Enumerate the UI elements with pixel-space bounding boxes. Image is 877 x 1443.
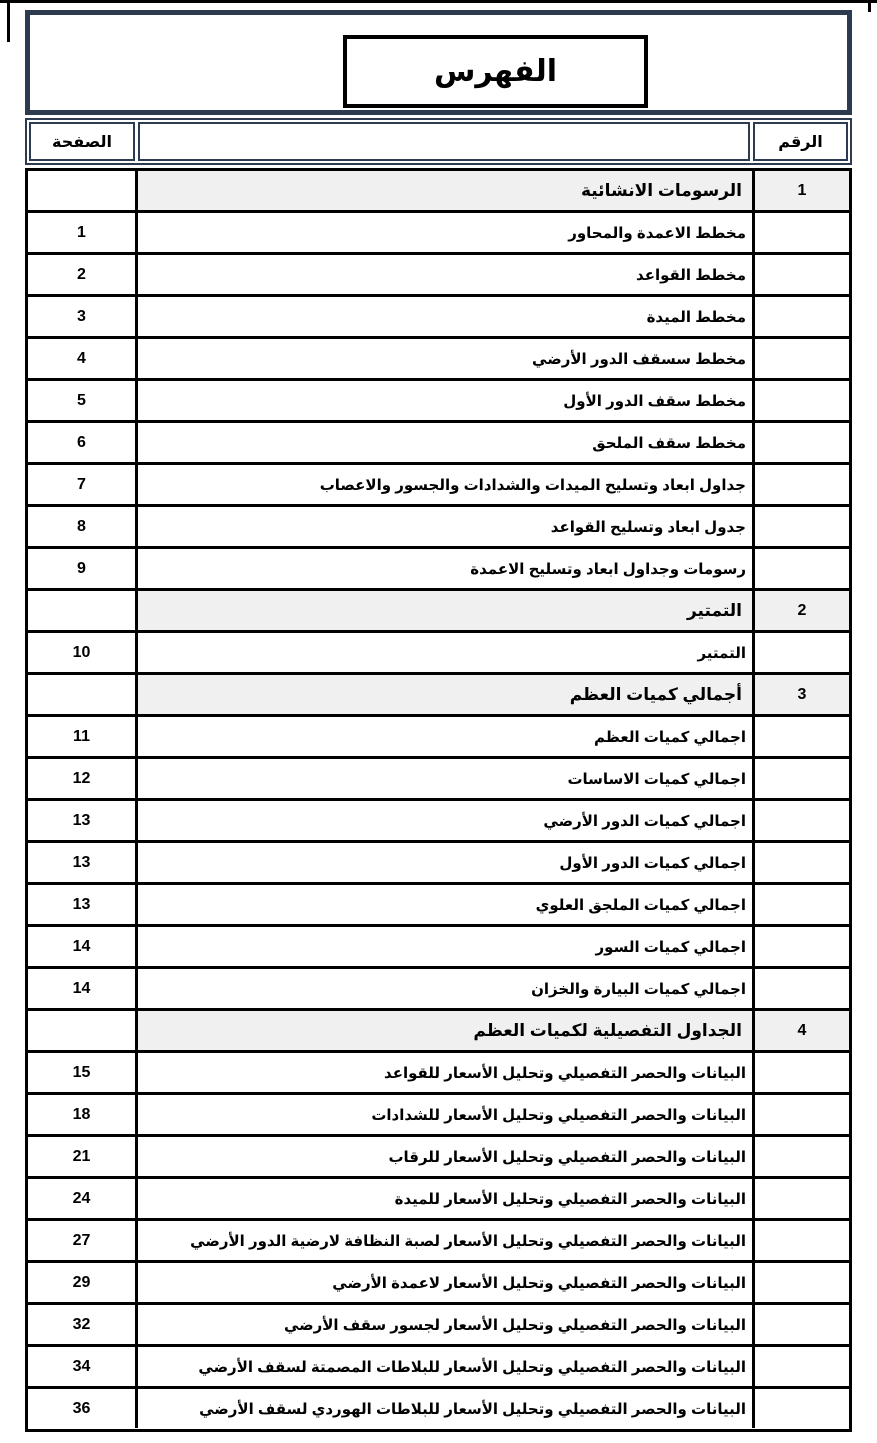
row-number-cell [752,1137,849,1176]
row-title-cell: التمتير [138,633,752,672]
row-number-cell [752,339,849,378]
header-title-column [138,122,750,161]
page-border-right-stub [868,0,871,12]
toc-item-row: مخطط سقف الدور الأول5 [28,381,849,423]
toc-item-row: البيانات والحصر التفصيلي وتحليل الأسعار … [28,1095,849,1137]
row-title-cell: مخطط الميدة [138,297,752,336]
document-page: الفهرس الرقم الصفحة 1الرسومات الانشائيةم… [0,0,877,1443]
toc-section-row: 4الجداول التفصيلية لكميات العظم [28,1011,849,1053]
row-number-cell [752,885,849,924]
toc-item-row: اجمالي كميات الدور الأول13 [28,843,849,885]
toc-item-row: مخطط الاعمدة والمحاور1 [28,213,849,255]
row-number-cell [752,843,849,882]
row-title-cell: اجمالي كميات العظم [138,717,752,756]
toc-item-row: اجمالي كميات السور14 [28,927,849,969]
toc-item-row: البيانات والحصر التفصيلي وتحليل الأسعار … [28,1305,849,1347]
row-page-cell: 2 [28,255,138,294]
row-number-cell [752,1305,849,1344]
row-title-cell: اجمالي كميات الملجق العلوي [138,885,752,924]
row-page-cell: 10 [28,633,138,672]
row-page-cell: 5 [28,381,138,420]
toc-item-row: اجمالي كميات البيارة والخزان14 [28,969,849,1011]
row-title-cell: مخطط سقف الملحق [138,423,752,462]
row-number-cell [752,297,849,336]
row-number-cell [752,717,849,756]
toc-item-row: البيانات والحصر التفصيلي وتحليل الأسعار … [28,1137,849,1179]
row-page-cell: 7 [28,465,138,504]
row-title-cell: البيانات والحصر التفصيلي وتحليل الأسعار … [138,1179,752,1218]
toc-item-row: مخطط سسقف الدور الأرضي4 [28,339,849,381]
row-title-cell: اجمالي كميات البيارة والخزان [138,969,752,1008]
toc-item-row: اجمالي كميات الاساسات12 [28,759,849,801]
header-number-column: الرقم [753,122,848,161]
row-page-cell: 36 [28,1389,138,1428]
row-title-cell: مخطط الاعمدة والمحاور [138,213,752,252]
toc-item-row: البيانات والحصر التفصيلي وتحليل الأسعار … [28,1389,849,1428]
row-number-cell [752,465,849,504]
row-number-cell: 1 [752,171,849,210]
toc-item-row: جداول ابعاد وتسليح الميدات والشدادات وال… [28,465,849,507]
row-page-cell [28,171,138,210]
row-page-cell: 18 [28,1095,138,1134]
row-page-cell: 27 [28,1221,138,1260]
row-page-cell: 14 [28,927,138,966]
toc-item-row: البيانات والحصر التفصيلي وتحليل الأسعار … [28,1347,849,1389]
row-number-cell [752,633,849,672]
row-number-cell [752,759,849,798]
row-title-cell: البيانات والحصر التفصيلي وتحليل الأسعار … [138,1137,752,1176]
header-page-column: الصفحة [29,122,135,161]
row-page-cell: 14 [28,969,138,1008]
row-title-cell: البيانات والحصر التفصيلي وتحليل الأسعار … [138,1221,752,1260]
title-band: الفهرس [25,10,852,115]
row-page-cell: 29 [28,1263,138,1302]
row-title-cell: البيانات والحصر التفصيلي وتحليل الأسعار … [138,1095,752,1134]
row-title-cell: التمتير [138,591,752,630]
row-number-cell [752,381,849,420]
toc-item-row: اجمالي كميات الدور الأرضي13 [28,801,849,843]
row-number-cell [752,213,849,252]
row-number-cell [752,507,849,546]
row-number-cell: 3 [752,675,849,714]
row-title-cell: الرسومات الانشائية [138,171,752,210]
row-title-cell: مخطط سقف الدور الأول [138,381,752,420]
row-title-cell: اجمالي كميات الاساسات [138,759,752,798]
toc-item-row: مخطط الميدة3 [28,297,849,339]
row-page-cell: 4 [28,339,138,378]
row-number-cell [752,1221,849,1260]
row-number-cell [752,255,849,294]
row-number-cell: 2 [752,591,849,630]
row-page-cell: 24 [28,1179,138,1218]
toc-item-row: اجمالي كميات الملجق العلوي13 [28,885,849,927]
row-page-cell: 3 [28,297,138,336]
row-page-cell: 1 [28,213,138,252]
row-page-cell: 34 [28,1347,138,1386]
row-page-cell [28,675,138,714]
row-number-cell [752,1389,849,1428]
toc-body: 1الرسومات الانشائيةمخطط الاعمدة والمحاور… [25,168,852,1432]
toc-item-row: مخطط القواعد2 [28,255,849,297]
row-number-cell: 4 [752,1011,849,1050]
page-border-top [0,0,877,3]
row-title-cell: مخطط سسقف الدور الأرضي [138,339,752,378]
row-number-cell [752,1263,849,1302]
row-title-cell: جداول ابعاد وتسليح الميدات والشدادات وال… [138,465,752,504]
row-page-cell: 32 [28,1305,138,1344]
page-border-left-stub [7,0,10,42]
toc-item-row: البيانات والحصر التفصيلي وتحليل الأسعار … [28,1179,849,1221]
toc-item-row: البيانات والحصر التفصيلي وتحليل الأسعار … [28,1053,849,1095]
row-page-cell: 12 [28,759,138,798]
row-page-cell: 13 [28,885,138,924]
row-page-cell: 9 [28,549,138,588]
toc-section-row: 2التمتير [28,591,849,633]
row-title-cell: اجمالي كميات السور [138,927,752,966]
toc-item-row: التمتير10 [28,633,849,675]
row-number-cell [752,1179,849,1218]
page-title: الفهرس [343,35,648,108]
row-title-cell: رسومات وجداول ابعاد وتسليح الاعمدة [138,549,752,588]
row-number-cell [752,549,849,588]
row-title-cell: مخطط القواعد [138,255,752,294]
row-number-cell [752,1347,849,1386]
row-title-cell: البيانات والحصر التفصيلي وتحليل الأسعار … [138,1347,752,1386]
row-title-cell: البيانات والحصر التفصيلي وتحليل الأسعار … [138,1305,752,1344]
toc-item-row: مخطط سقف الملحق6 [28,423,849,465]
toc-item-row: جدول ابعاد وتسليح القواعد8 [28,507,849,549]
row-title-cell: البيانات والحصر التفصيلي وتحليل الأسعار … [138,1263,752,1302]
row-page-cell: 21 [28,1137,138,1176]
row-title-cell: أجمالي كميات العظم [138,675,752,714]
row-title-cell: اجمالي كميات الدور الأول [138,843,752,882]
row-page-cell: 13 [28,801,138,840]
toc-section-row: 3أجمالي كميات العظم [28,675,849,717]
row-page-cell: 15 [28,1053,138,1092]
row-number-cell [752,969,849,1008]
row-title-cell: الجداول التفصيلية لكميات العظم [138,1011,752,1050]
row-page-cell [28,591,138,630]
row-page-cell: 6 [28,423,138,462]
row-title-cell: اجمالي كميات الدور الأرضي [138,801,752,840]
row-title-cell: البيانات والحصر التفصيلي وتحليل الأسعار … [138,1389,752,1428]
table-header-row: الرقم الصفحة [25,118,852,165]
toc-section-row: 1الرسومات الانشائية [28,171,849,213]
row-page-cell: 11 [28,717,138,756]
row-title-cell: البيانات والحصر التفصيلي وتحليل الأسعار … [138,1053,752,1092]
toc-item-row: رسومات وجداول ابعاد وتسليح الاعمدة9 [28,549,849,591]
row-number-cell [752,423,849,462]
toc-item-row: اجمالي كميات العظم11 [28,717,849,759]
row-page-cell [28,1011,138,1050]
row-number-cell [752,1053,849,1092]
row-number-cell [752,801,849,840]
toc-item-row: البيانات والحصر التفصيلي وتحليل الأسعار … [28,1221,849,1263]
row-number-cell [752,927,849,966]
row-title-cell: جدول ابعاد وتسليح القواعد [138,507,752,546]
row-number-cell [752,1095,849,1134]
row-page-cell: 8 [28,507,138,546]
row-page-cell: 13 [28,843,138,882]
toc-item-row: البيانات والحصر التفصيلي وتحليل الأسعار … [28,1263,849,1305]
